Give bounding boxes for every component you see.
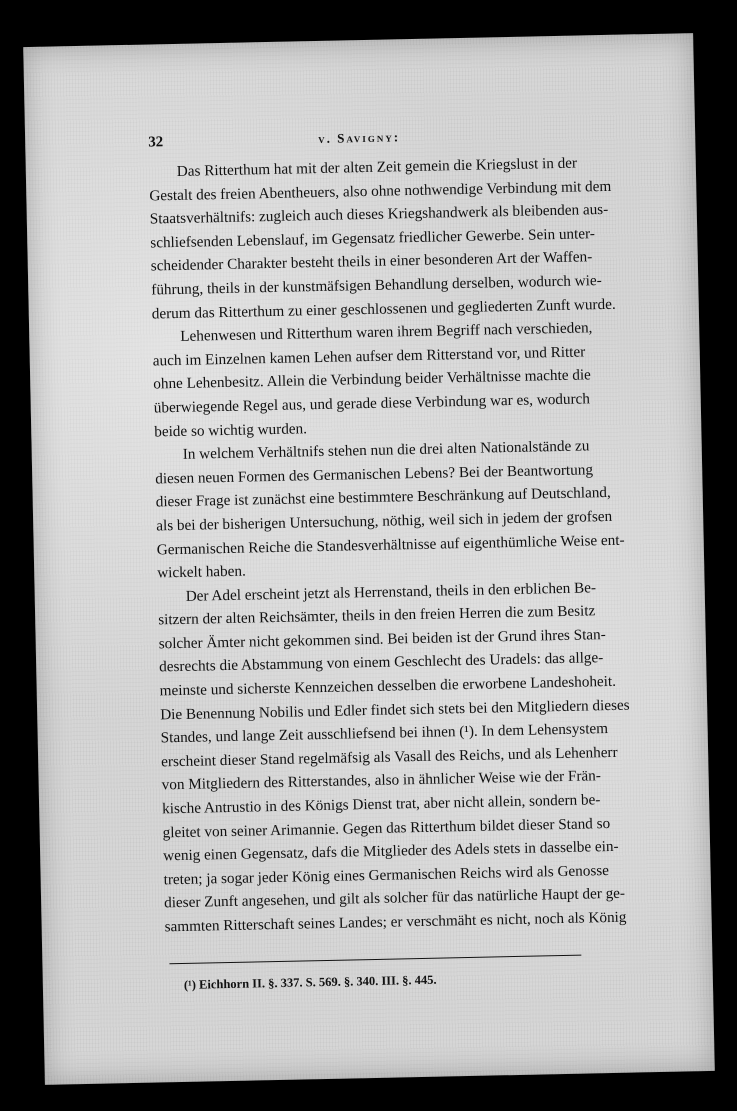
body-text: Das Ritterthum hat mit der alten Zeit ge… (149, 151, 625, 939)
page-number: 32 (148, 128, 318, 155)
footnote: (¹) Eichhorn II. §. 337. S. 569. §. 340.… (166, 964, 626, 997)
scanned-page: 32 v. Savigny: Das Ritterthum hat mit de… (23, 33, 715, 1085)
footnote-divider (169, 954, 581, 964)
page-content: 32 v. Savigny: Das Ritterthum hat mit de… (148, 121, 626, 998)
page-header: 32 v. Savigny: (148, 121, 608, 157)
footnote-text: Eichhorn II. §. 337. S. 569. §. 340. III… (199, 972, 437, 991)
running-title: v. Savigny: (318, 125, 400, 150)
footnote-marker: (¹) (184, 977, 196, 991)
